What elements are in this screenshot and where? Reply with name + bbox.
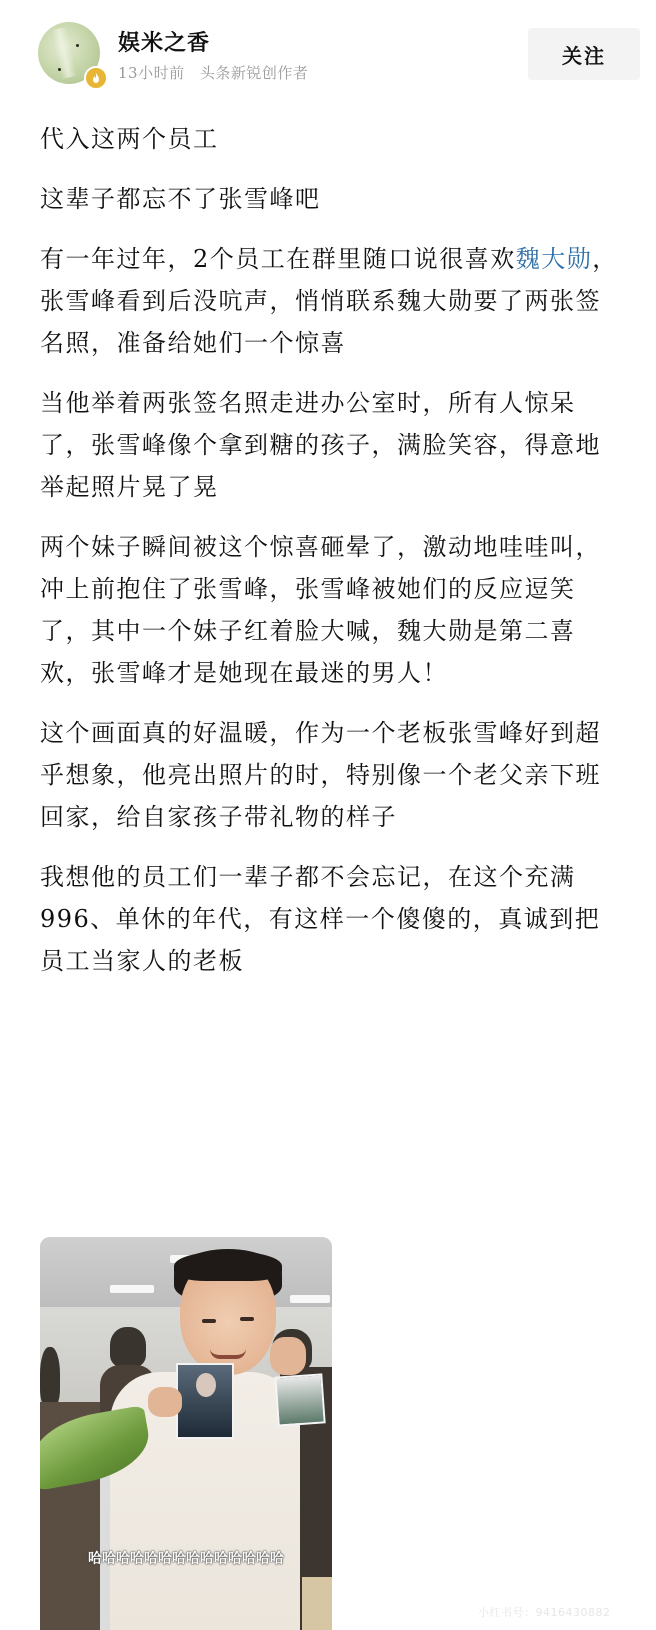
paragraph: 这个画面真的好温暖，作为一个老板张雪峰好到超乎想象，他亮出照片的时，特别像一个老… bbox=[40, 712, 624, 838]
author-name[interactable]: 娱米之香 bbox=[118, 26, 210, 57]
paragraph: 我想他的员工们一辈子都不会忘记，在这个充满996、单休的年代，有这样一个傻傻的，… bbox=[40, 856, 624, 982]
ceiling-light bbox=[110, 1285, 154, 1293]
paragraph-text: 有一年过年，2个员工在群里随口说很喜欢 bbox=[40, 245, 516, 273]
creator-badge-icon bbox=[84, 66, 108, 90]
avatar-image bbox=[51, 27, 77, 79]
flame-icon bbox=[90, 72, 102, 84]
paragraph: 当他举着两张签名照走进办公室时，所有人惊呆了，张雪峰像个拿到糖的孩子，满脸笑容，… bbox=[40, 382, 624, 508]
eye bbox=[202, 1319, 216, 1323]
paragraph: 这辈子都忘不了张雪峰吧 bbox=[40, 178, 624, 220]
avatar[interactable] bbox=[38, 22, 100, 84]
avatar-detail bbox=[58, 68, 61, 71]
signed-photo bbox=[274, 1373, 325, 1426]
watermark: 小红书号：9416430882 bbox=[478, 1604, 611, 1620]
hand bbox=[270, 1337, 306, 1375]
author-tag: 头条新锐创作者 bbox=[200, 64, 309, 82]
paragraph: 代入这两个员工 bbox=[40, 118, 624, 160]
signed-photo bbox=[176, 1363, 234, 1439]
avatar-detail bbox=[76, 44, 79, 47]
paragraph: 两个妹子瞬间被这个惊喜砸晕了，激动地哇哇叫，冲上前抱住了张雪峰，张雪峰被她们的反… bbox=[40, 526, 624, 694]
author-meta: 13小时前 头条新锐创作者 bbox=[118, 62, 308, 83]
main-person-hair bbox=[174, 1251, 282, 1281]
article-page: 娱米之香 13小时前 头条新锐创作者 关注 代入这两个员工 这辈子都忘不了张雪峰… bbox=[0, 0, 656, 1630]
follow-button[interactable]: 关注 bbox=[528, 28, 640, 80]
celebrity-link[interactable]: 魏大勋 bbox=[516, 245, 593, 273]
background-person bbox=[110, 1327, 146, 1367]
ceiling-light bbox=[290, 1295, 330, 1303]
article-body: 代入这两个员工 这辈子都忘不了张雪峰吧 有一年过年，2个员工在群里随口说很喜欢魏… bbox=[40, 118, 624, 1000]
post-time: 13小时前 bbox=[118, 64, 185, 82]
background-person bbox=[40, 1347, 60, 1407]
video-caption: 哈哈哈哈哈哈哈哈哈哈哈哈哈哈 bbox=[40, 1549, 332, 1569]
desk bbox=[302, 1577, 332, 1630]
hand bbox=[148, 1387, 182, 1417]
mouth bbox=[210, 1349, 246, 1359]
eye bbox=[240, 1317, 254, 1321]
paragraph: 有一年过年，2个员工在群里随口说很喜欢魏大勋，张雪峰看到后没吭声，悄悄联系魏大勋… bbox=[40, 238, 624, 364]
author-bar: 娱米之香 13小时前 头条新锐创作者 关注 bbox=[0, 0, 656, 100]
video-thumbnail[interactable]: 哈哈哈哈哈哈哈哈哈哈哈哈哈哈 bbox=[40, 1237, 332, 1630]
video-frame: 哈哈哈哈哈哈哈哈哈哈哈哈哈哈 bbox=[40, 1237, 332, 1630]
